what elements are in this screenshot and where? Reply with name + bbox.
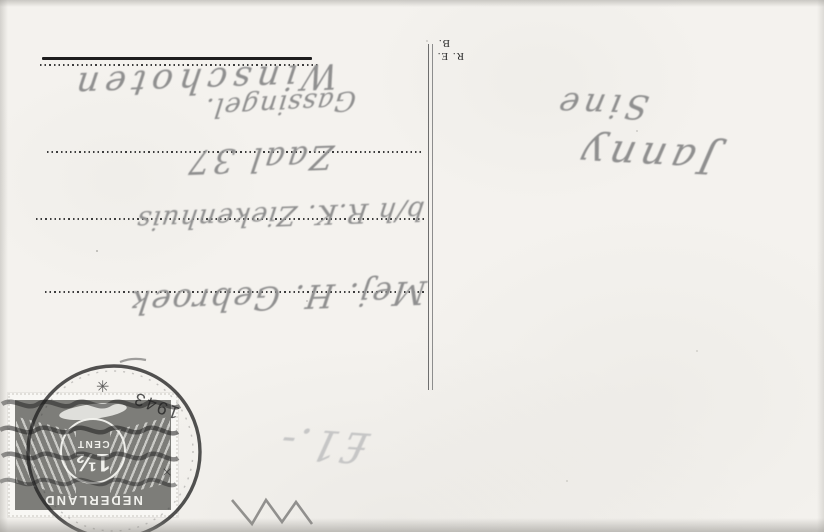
handwriting-signature-1: Janny [547,128,721,182]
postmark-year: 1943 [130,388,182,423]
postmark-ring [28,366,200,532]
postmark: 1943 ✳ × [0,330,360,532]
postmark-inner-ring [33,371,193,531]
postmark-cross-mark: × [162,462,172,482]
postmark-star-mark: ✳ [96,379,109,396]
registry-line-1: R. E. [408,49,464,62]
cancel-wave-2 [0,428,178,434]
handwriting-recipient-name: Mej. H. Gebroek [147,273,428,321]
registry-initials: R. E. B. [408,36,464,62]
handwriting-address-institution: b/h R.K. Ziekenhuis [126,195,426,237]
handwriting-address-street: Gassingel. [224,84,358,122]
cancel-zigzag [232,500,312,524]
cancel-wave-4 [0,480,176,486]
card-top-edge [0,0,824,7]
card-right-edge [817,0,824,532]
divider-line [428,44,433,390]
handwriting-address-ward: Zaal 37 [192,137,335,181]
dust-specks [96,250,98,252]
registry-line-2: B. [408,36,464,49]
postmark-rim-smudge [120,359,146,362]
postcard-back: R. E. B. Winschoten Gassingel. Zaal 37 b… [0,0,824,532]
handwriting-signature-2: Sine [534,84,652,127]
